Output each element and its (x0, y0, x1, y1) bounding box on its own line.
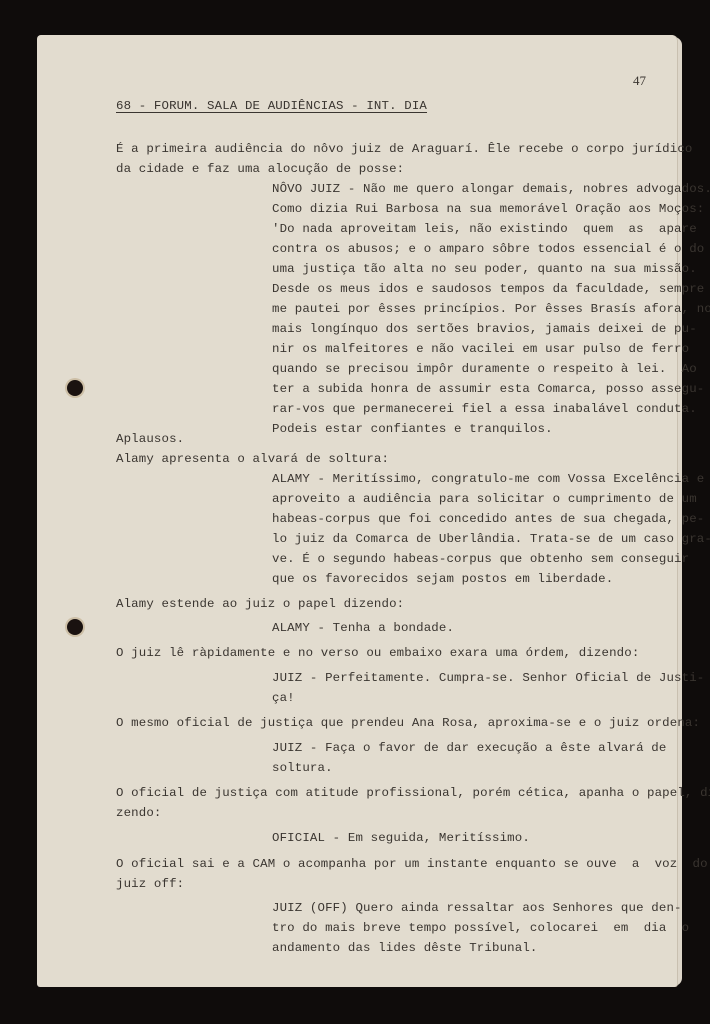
dialogue-line: ter a subida honra de assumir esta Comar… (272, 382, 704, 396)
dialogue-line: JUIZ - Perfeitamente. Cumpra-se. Senhor … (272, 671, 704, 685)
dialogue-line: lo juiz da Comarca de Uberlândia. Trata-… (272, 532, 710, 546)
dialogue-line: contra os abusos; e o amparo sôbre todos… (272, 242, 704, 256)
typewritten-page: 47 68 - FORUM. SALA DE AUDIÊNCIAS - INT.… (37, 35, 677, 987)
action-line: O juiz lê ràpidamente e no verso ou emba… (116, 646, 639, 660)
action-line: Aplausos. (116, 432, 184, 446)
action-line: Alamy estende ao juiz o papel dizendo: (116, 597, 404, 611)
dialogue-line: aproveito a audiência para solicitar o c… (272, 492, 697, 506)
dialogue-line: tro do mais breve tempo possível, coloca… (272, 921, 689, 935)
dialogue-line: ALAMY - Tenha a bondade. (272, 621, 454, 635)
dialogue-line: uma justiça tão alta no seu poder, quant… (272, 262, 697, 276)
dialogue-line: quando se precisou impôr duramente o res… (272, 362, 697, 376)
dialogue-line: JUIZ - Faça o favor de dar execução a ês… (272, 741, 666, 755)
action-line: O oficial sai e a CAM o acompanha por um… (116, 857, 708, 871)
action-line: É a primeira audiência do nôvo juiz de A… (116, 142, 693, 156)
punch-hole (67, 380, 83, 396)
dialogue-line: Podeis estar confiantes e tranquilos. (272, 422, 553, 436)
dialogue-line: habeas-corpus que foi concedido antes de… (272, 512, 704, 526)
scene-heading: 68 - FORUM. SALA DE AUDIÊNCIAS - INT. DI… (116, 99, 427, 113)
dialogue-line: NÔVO JUIZ - Não me quero alongar demais,… (272, 182, 710, 196)
dialogue-line: me pautei por êsses princípios. Por êsse… (272, 302, 710, 316)
action-line: da cidade e faz uma alocução de posse: (116, 162, 404, 176)
page-number: 47 (633, 73, 646, 89)
dialogue-line: ALAMY - Meritíssimo, congratulo-me com V… (272, 472, 704, 486)
dialogue-line: ve. É o segundo habeas-corpus que obtenh… (272, 552, 689, 566)
dialogue-line: mais longínquo dos sertões bravios, jama… (272, 322, 697, 336)
dialogue-line: ça! (272, 691, 295, 705)
punch-hole (67, 619, 83, 635)
dialogue-line: JUIZ (OFF) Quero ainda ressaltar aos Sen… (272, 901, 682, 915)
action-line: juiz off: (116, 877, 184, 891)
action-line: Alamy apresenta o alvará de soltura: (116, 452, 389, 466)
action-line: zendo: (116, 806, 162, 820)
dialogue-line: nir os malfeitores e não vacilei em usar… (272, 342, 689, 356)
dialogue-line: Desde os meus idos e saudosos tempos da … (272, 282, 704, 296)
dialogue-line: Como dizia Rui Barbosa na sua memorável … (272, 202, 704, 216)
dialogue-line: rar-vos que permanecerei fiel a essa ina… (272, 402, 697, 416)
dialogue-line: OFICIAL - Em seguida, Meritíssimo. (272, 831, 530, 845)
dialogue-line: andamento das lides dêste Tribunal. (272, 941, 538, 955)
dialogue-line: 'Do nada aproveitam leis, não existindo … (272, 222, 697, 236)
action-line: O oficial de justiça com atitude profiss… (116, 786, 710, 800)
dialogue-line: soltura. (272, 761, 333, 775)
dialogue-line: que os favorecidos sejam postos em liber… (272, 572, 613, 586)
action-line: O mesmo oficial de justiça que prendeu A… (116, 716, 700, 730)
